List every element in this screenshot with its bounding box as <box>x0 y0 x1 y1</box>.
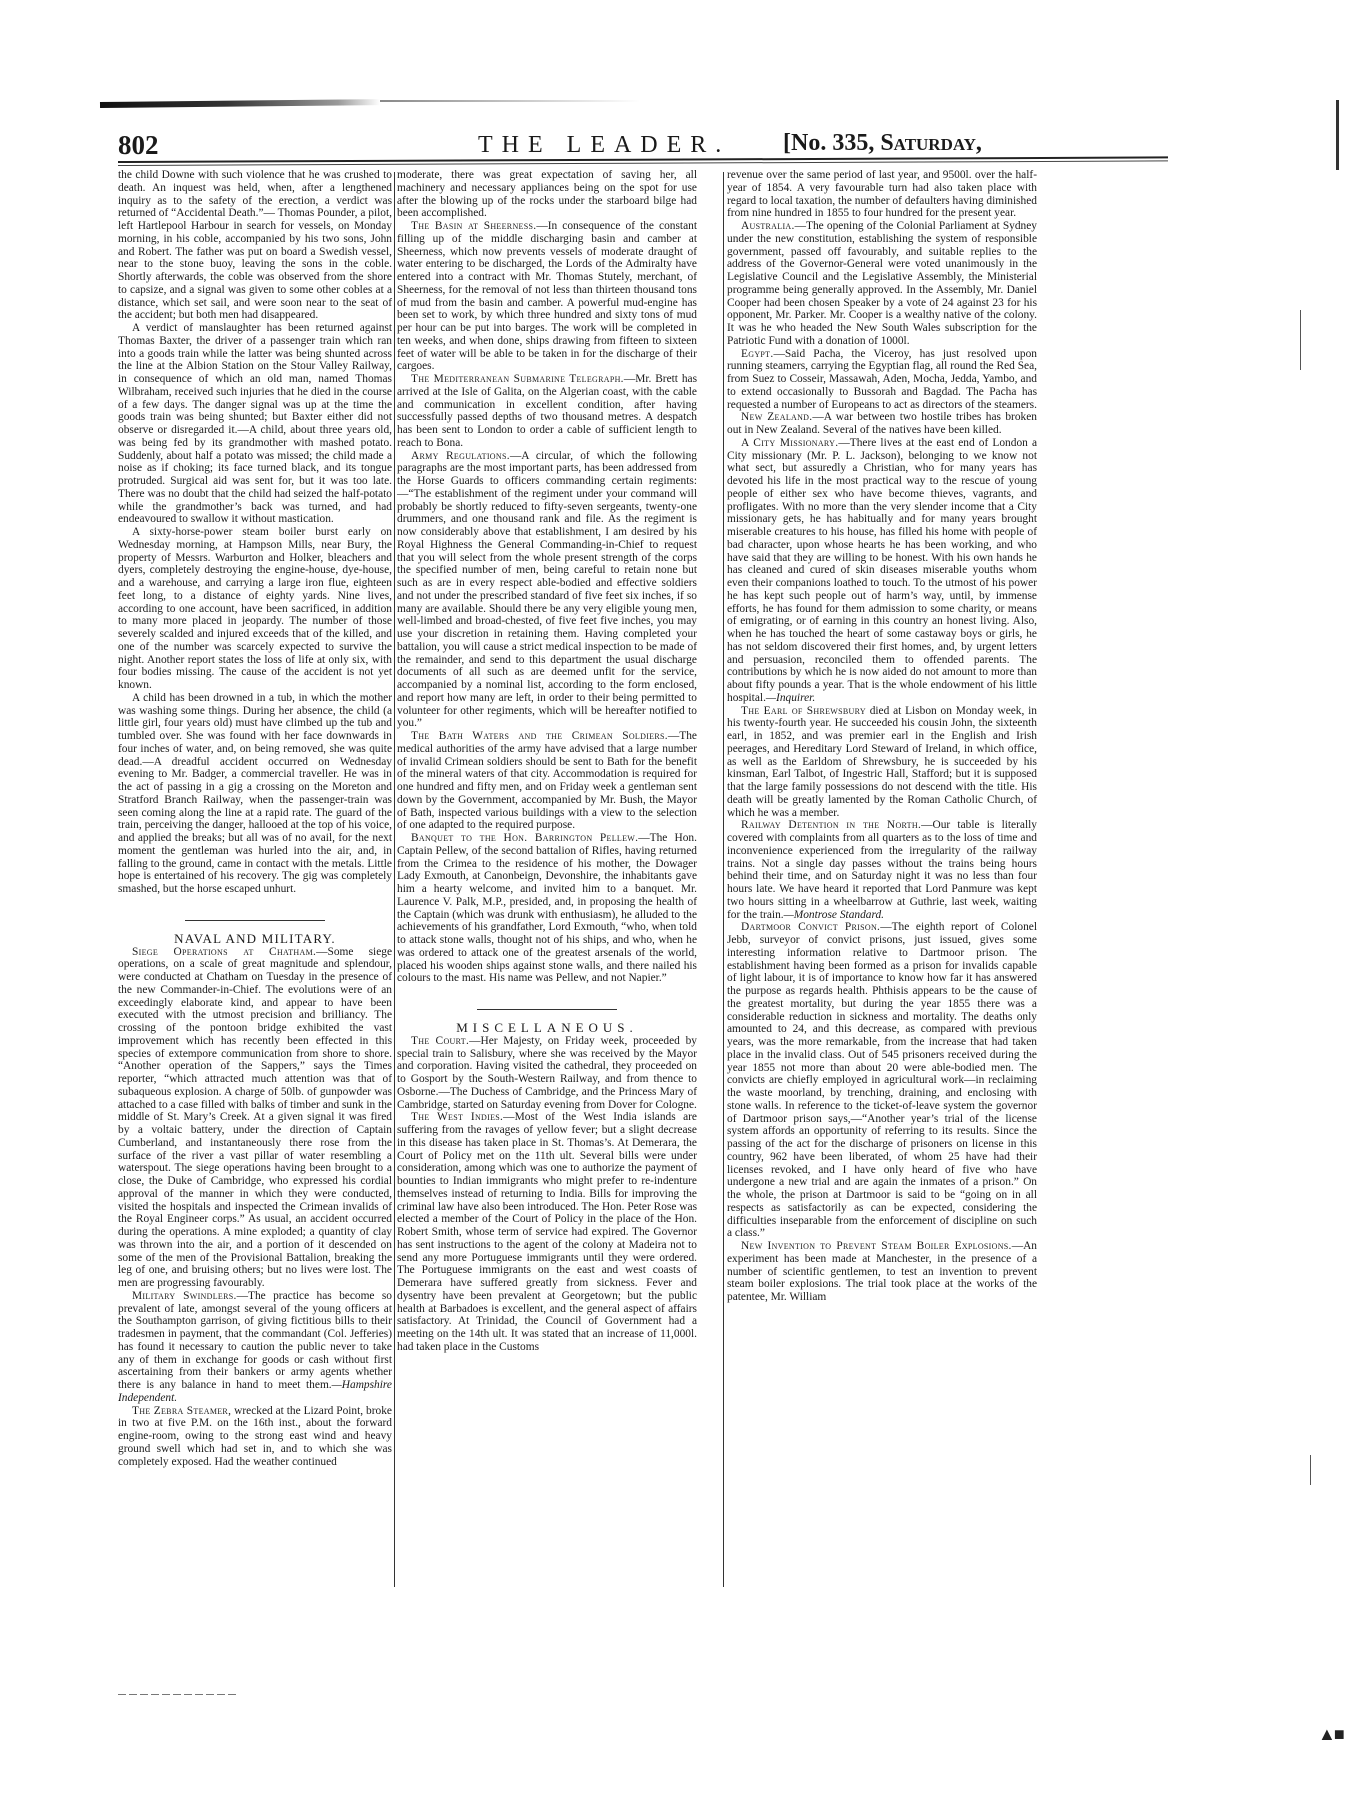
miscellaneous-articles: The Court.—Her Majesty, on Friday week, … <box>397 1035 697 1354</box>
article-source: —Montrose Standard. <box>784 909 884 921</box>
issue-number: [No. 335, <box>783 130 880 156</box>
article-text: died at Lisbon on Monday week, in his tw… <box>727 705 1037 819</box>
article-paragraph: Military Swindlers.—The practice has bec… <box>118 1290 392 1405</box>
article-heading: Dartmoor Convict Prison. <box>741 921 880 933</box>
article-heading: Banquet to the Hon. Barrington Pellew. <box>411 832 638 844</box>
article-heading: A City Missionary. <box>741 437 838 449</box>
column-2: moderate, there was great expectation of… <box>397 169 697 1354</box>
article-text: moderate, there was great expectation of… <box>397 169 697 219</box>
article-paragraph: The Zebra Steamer, wrecked at the Lizard… <box>118 1405 392 1469</box>
column-1: the child Downe with such violence that … <box>118 169 392 1468</box>
article-heading: New Zealand. <box>741 411 812 423</box>
article-paragraph: Railway Detention in the North.—Our tabl… <box>727 819 1037 921</box>
article-heading: Egypt. <box>741 348 774 360</box>
article-text: A verdict of manslaughter has been retur… <box>118 322 392 525</box>
article-heading: The Court. <box>411 1035 469 1047</box>
article-paragraph: The West Indies.—Most of the West India … <box>397 1111 697 1353</box>
column-3-articles: revenue over the same period of last yea… <box>727 169 1037 1304</box>
article-paragraph: Egypt.—Said Pacha, the Viceroy, has just… <box>727 348 1037 412</box>
column-2-articles: moderate, there was great expectation of… <box>397 169 697 985</box>
section-divider <box>185 920 325 921</box>
article-paragraph: The Earl of Shrewsbury died at Lisbon on… <box>727 705 1037 820</box>
article-paragraph: New Invention to Prevent Steam Boiler Ex… <box>727 1240 1037 1304</box>
article-text: —Said Pacha, the Viceroy, has just resol… <box>727 348 1037 411</box>
article-paragraph: Banquet to the Hon. Barrington Pellew.—T… <box>397 832 697 985</box>
article-paragraph: A child has been drowned in a tub, in wh… <box>118 692 392 896</box>
column-3: revenue over the same period of last yea… <box>727 169 1037 1304</box>
article-paragraph: New Zealand.—A war between two hostile t… <box>727 411 1037 437</box>
article-text: —Some siege operations, on a scale of gr… <box>118 946 392 1290</box>
article-paragraph: A City Missionary.—There lives at the ea… <box>727 437 1037 705</box>
article-text: —A circular, of which the following para… <box>397 450 697 730</box>
article-text: A child has been drowned in a tub, in wh… <box>118 692 392 895</box>
article-paragraph: moderate, there was great expectation of… <box>397 169 697 220</box>
article-heading: Military Swindlers. <box>132 1290 237 1302</box>
article-text: the child Downe with such violence that … <box>118 169 392 321</box>
article-paragraph: The Basin at Sheerness.—In consequence o… <box>397 220 697 373</box>
article-heading: The Zebra Steamer, <box>132 1405 231 1417</box>
article-text: —There lives at the east end of London a… <box>727 437 1037 704</box>
naval-military-articles: Siege Operations at Chatham.—Some siege … <box>118 946 392 1469</box>
article-text: —The opening of the Colonial Parliament … <box>727 220 1037 347</box>
article-paragraph: Army Regulations.—A circular, of which t… <box>397 450 697 731</box>
scan-artifact <box>1310 1455 1311 1485</box>
article-paragraph: The Court.—Her Majesty, on Friday week, … <box>397 1035 697 1112</box>
article-text: —The practice has become so prevalent of… <box>118 1290 392 1391</box>
footer-rule <box>118 1694 238 1695</box>
article-heading: Railway Detention in the North. <box>741 819 921 831</box>
article-heading: The Bath Waters and the Crimean Soldiers… <box>411 730 668 742</box>
article-paragraph: The Bath Waters and the Crimean Soldiers… <box>397 730 697 832</box>
column-divider <box>723 172 724 1587</box>
article-paragraph: the child Downe with such violence that … <box>118 169 392 322</box>
section-divider <box>477 1009 617 1010</box>
scan-artifact <box>1336 100 1339 170</box>
section-title-naval-military: NAVAL AND MILITARY. <box>118 933 392 946</box>
issue-day: Saturday, <box>880 130 982 156</box>
article-heading: Army Regulations. <box>411 450 510 462</box>
article-text: —Most of the West India islands are suff… <box>397 1111 697 1353</box>
masthead: 802 THE LEADER. [No. 335, Saturday, <box>118 130 1168 158</box>
article-paragraph: Siege Operations at Chatham.—Some siege … <box>118 946 392 1290</box>
article-heading: Australia. <box>741 220 795 232</box>
article-text: A sixty-horse-power steam boiler burst e… <box>118 526 392 691</box>
article-heading: The West Indies. <box>411 1111 503 1123</box>
column-divider <box>394 172 395 1587</box>
article-heading: New Invention to Prevent Steam Boiler Ex… <box>741 1240 1012 1252</box>
scan-artifact: ▲■ <box>1318 1724 1351 1742</box>
article-heading: Siege Operations at Chatham. <box>132 946 316 958</box>
article-paragraph: The Mediterranean Submarine Telegraph.—M… <box>397 373 697 450</box>
article-paragraph: Australia.—The opening of the Colonial P… <box>727 220 1037 348</box>
column-1-articles: the child Downe with such violence that … <box>118 169 392 896</box>
article-text: —The Hon. Captain Pellew, of the second … <box>397 832 697 984</box>
article-heading: The Mediterranean Submarine Telegraph. <box>411 373 624 385</box>
scan-artifact <box>380 100 640 102</box>
article-paragraph: A sixty-horse-power steam boiler burst e… <box>118 526 392 692</box>
issue-info: [No. 335, Saturday, <box>783 130 982 157</box>
article-paragraph: revenue over the same period of last yea… <box>727 169 1037 220</box>
scan-artifact <box>1300 310 1301 370</box>
article-paragraph: A verdict of manslaughter has been retur… <box>118 322 392 526</box>
article-source: —Inquirer. <box>766 692 815 704</box>
section-title-miscellaneous: MISCELLANEOUS. <box>397 1022 697 1035</box>
newspaper-title: THE LEADER. <box>478 132 730 159</box>
article-text: —In consequence of the constant filling … <box>397 220 697 372</box>
article-text: revenue over the same period of last yea… <box>727 169 1037 219</box>
article-heading: The Earl of Shrewsbury <box>741 705 866 717</box>
article-heading: The Basin at Sheerness. <box>411 220 536 232</box>
scan-artifact <box>100 99 380 108</box>
article-paragraph: Dartmoor Convict Prison.—The eighth repo… <box>727 921 1037 1240</box>
article-text: —Our table is literally covered with com… <box>727 819 1037 920</box>
page-number: 802 <box>118 130 159 161</box>
article-text: —The eighth report of Colonel Jebb, surv… <box>727 921 1037 1239</box>
article-text: —The medical authorities of the army hav… <box>397 730 697 831</box>
